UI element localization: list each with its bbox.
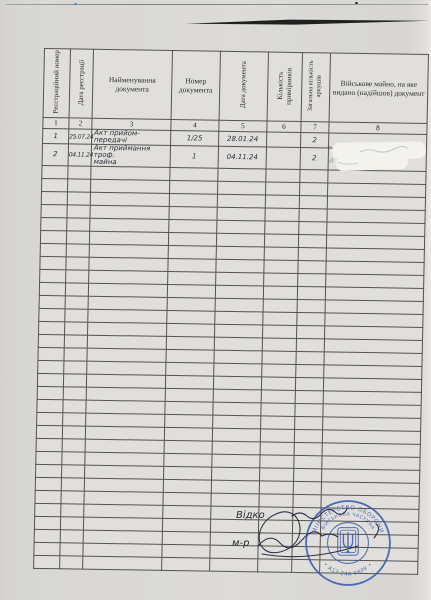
empty-cell [64,335,87,348]
empty-cell [299,196,327,209]
empty-cell [259,481,293,495]
empty-cell [85,439,164,453]
empty-cell [296,364,324,377]
empty-cell [266,169,300,183]
empty-cell [42,165,68,178]
empty-cell [262,351,296,365]
empty-cell [260,455,294,469]
empty-cell [64,361,87,374]
empty-cell [86,387,165,401]
empty-cell [63,387,86,400]
empty-cell [295,377,323,390]
empty-cell [265,195,299,209]
empty-cell [89,231,168,245]
empty-cell [218,168,266,182]
empty-cell [89,244,168,258]
column-header-doc-number: Номер документа [171,51,220,121]
empty-cell [83,543,162,557]
empty-cell [35,477,61,490]
empty-cell [62,426,85,439]
empty-cell [67,192,90,205]
empty-cell [260,429,294,443]
empty-cell [265,221,299,235]
empty-cell [65,283,88,296]
empty-cell [62,465,85,478]
empty-cell [37,412,63,425]
register-cell: Акт приймання троф. майна [91,144,170,167]
empty-cell [265,208,299,222]
empty-cell [34,542,60,555]
empty-cell [38,360,64,373]
empty-cell [63,374,86,387]
empty-cell [34,529,60,542]
handwritten-word: м-р [232,538,250,549]
empty-cell [86,413,165,427]
empty-cell [83,556,162,570]
empty-cell [87,348,166,362]
empty-cell [163,479,211,493]
empty-cell [65,309,88,322]
empty-cell [168,245,216,259]
empty-cell [165,388,213,402]
empty-cell [67,218,90,231]
empty-cell [87,335,166,349]
empty-cell [40,243,66,256]
empty-cell [162,544,210,558]
empty-cell [298,235,326,248]
signature-handwriting: Відко м-р [228,500,403,578]
empty-cell [294,468,322,481]
header-row: Реєстраційний номер Дата реєстрації Найм… [43,49,428,124]
empty-cell [212,428,260,442]
empty-cell [165,401,213,415]
empty-cell [264,260,298,274]
empty-cell [90,179,169,193]
register-cell [266,132,300,148]
empty-cell [211,480,259,494]
empty-cell [89,257,168,271]
register-cell: 2 [300,148,328,170]
register-cell [266,147,300,170]
empty-cell [162,518,210,532]
column-number: 6 [267,121,301,133]
empty-cell [217,181,265,195]
column-header-sheets: Загальна кількість аркушів [301,53,330,122]
column-number: 5 [219,120,267,132]
empty-cell [162,531,210,545]
empty-cell [37,373,63,386]
empty-cell [40,256,66,269]
empty-cell [60,530,83,543]
empty-cell [164,453,212,467]
empty-cell [84,491,163,505]
empty-cell [261,377,295,391]
empty-cell [299,183,327,196]
empty-cell [212,441,260,455]
empty-cell [91,166,170,180]
empty-cell [63,400,86,413]
empty-cell [299,209,327,222]
empty-cell [36,464,62,477]
signature-strokes [258,509,379,557]
register-cell: 25.07.24 [68,129,91,144]
empty-cell [61,491,84,504]
column-number: 7 [301,122,329,133]
empty-cell [41,204,67,217]
empty-cell [214,337,262,351]
empty-cell [38,321,64,334]
empty-cell [169,206,217,220]
empty-cell [87,322,166,336]
empty-cell [213,376,261,390]
empty-cell [66,257,89,270]
empty-cell [86,400,165,414]
empty-cell [295,403,323,416]
register-cell: 1/25 [170,130,218,146]
empty-cell [217,194,265,208]
empty-cell [168,258,216,272]
empty-cell [60,517,83,530]
empty-cell [40,269,66,282]
empty-cell [167,297,215,311]
empty-cell [300,170,328,183]
empty-cell [169,219,217,233]
empty-cell [215,298,263,312]
empty-cell [38,334,64,347]
empty-cell [169,193,217,207]
empty-cell [60,556,83,569]
empty-cell [296,338,324,351]
empty-cell [68,166,91,179]
empty-cell [60,543,83,556]
empty-cell [214,363,262,377]
empty-cell [39,295,65,308]
empty-cell [62,439,85,452]
empty-cell [297,312,325,325]
register-cell: 04.11.24 [68,144,91,166]
ink-streak [0,0,431,30]
empty-cell [293,481,321,494]
empty-cell [36,438,62,451]
empty-cell [85,452,164,466]
column-number: 2 [69,118,92,129]
empty-cell [264,273,298,287]
empty-cell [214,350,262,364]
empty-cell [34,516,60,529]
empty-cell [39,308,65,321]
empty-cell [86,374,165,388]
empty-cell [84,478,163,492]
empty-cell [298,247,326,260]
empty-cell [217,207,265,221]
column-header-reg-date: Дата реєстрації [69,49,93,118]
faint-ink-squiggle [330,138,430,173]
column-header-reg-number: Реєстраційний номер [43,49,70,118]
empty-cell [215,311,263,325]
empty-cell [90,218,169,232]
empty-cell [261,416,295,430]
empty-cell [298,260,326,273]
empty-cell [165,375,213,389]
empty-cell [213,415,261,429]
empty-cell [217,220,265,234]
empty-cell [264,234,298,248]
empty-cell [41,217,67,230]
empty-cell [263,286,297,300]
empty-cell [297,299,325,312]
empty-cell [168,232,216,246]
empty-cell [163,505,211,519]
empty-cell [169,180,217,194]
empty-cell [37,386,63,399]
empty-cell [41,178,67,191]
empty-cell [212,467,260,481]
empty-cell [261,390,295,404]
empty-cell [167,284,215,298]
register-table: Реєстраційний номер Дата реєстрації Найм… [33,48,429,575]
empty-cell [83,530,162,544]
empty-cell [61,504,84,517]
empty-cell [213,402,261,416]
empty-cell [296,325,324,338]
empty-cell [67,205,90,218]
empty-cell [164,440,212,454]
empty-cell [36,451,62,464]
empty-cell [262,364,296,378]
empty-cell [216,272,264,286]
empty-cell [164,466,212,480]
empty-cell [38,347,64,360]
empty-cell [62,452,85,465]
empty-cell [34,555,60,568]
empty-cell [61,478,84,491]
empty-cell [164,427,212,441]
empty-cell [167,310,215,324]
empty-cell [66,244,89,257]
empty-cell [215,285,263,299]
column-number: 1 [43,117,69,128]
empty-cell [298,273,326,286]
empty-cell [35,503,61,516]
empty-cell [295,416,323,429]
empty-cell [66,270,89,283]
empty-cell [294,455,322,468]
empty-cell [83,517,162,531]
empty-cell [264,247,298,261]
empty-cell [64,348,87,361]
empty-cell [294,429,322,442]
empty-cell [165,414,213,428]
empty-cell [263,299,297,313]
empty-cell [260,442,294,456]
empty-cell [263,312,297,326]
empty-cell [212,454,260,468]
empty-cell [260,468,294,482]
empty-cell [261,403,295,417]
empty-cell [262,338,296,352]
empty-cell [36,425,62,438]
empty-cell [214,324,262,338]
empty-cell [265,182,299,196]
empty-cell [295,390,323,403]
empty-cell [294,442,322,455]
empty-cell [299,222,327,235]
empty-cell [213,389,261,403]
column-number: 4 [171,119,219,131]
register-cell: 28.01.24 [218,131,266,147]
empty-cell [40,230,66,243]
column-header-copies: Кількість примірників [267,52,302,122]
empty-cell [88,283,167,297]
register-cell: 04.11.24 [218,146,266,169]
register-cell: 2 [42,143,68,165]
empty-cell [88,296,167,310]
empty-cell [88,309,167,323]
register-cell: 1 [170,145,218,168]
empty-cell [67,179,90,192]
empty-cell [163,492,211,506]
empty-cell [87,361,166,375]
scanned-register-page: Реєстраційний номер Дата реєстрації Найм… [0,0,431,600]
empty-cell [166,323,214,337]
column-header-doc-name: Найменування документа [92,49,172,119]
empty-cell [39,282,65,295]
register-cell: 1 [42,128,68,143]
empty-cell [90,192,169,206]
empty-cell [90,205,169,219]
empty-cell [35,490,61,503]
handwritten-word: Відко [236,509,265,521]
empty-cell [216,259,264,273]
document-register-table: Реєстраційний номер Дата реєстрації Найм… [33,48,428,575]
column-header-doc-date: Дата документа [219,51,268,121]
empty-cell [162,557,210,571]
empty-cell [66,231,89,244]
empty-cell [65,296,88,309]
empty-cell [63,413,86,426]
register-cell: 2 [300,133,328,148]
empty-cell [216,246,264,260]
empty-cell [64,322,87,335]
empty-cell [216,233,264,247]
column-header-property: Військове майно, на яке видано (надійшов… [329,53,428,124]
empty-cell [297,286,325,299]
empty-cell [168,271,216,285]
empty-cell [85,465,164,479]
empty-cell [85,426,164,440]
empty-cell [170,167,218,181]
empty-cell [37,399,63,412]
empty-cell [166,362,214,376]
empty-cell [166,336,214,350]
empty-cell [296,351,324,364]
empty-cell [84,504,163,518]
empty-cell [166,349,214,363]
empty-cell [262,325,296,339]
empty-cell [41,191,67,204]
empty-cell [89,270,168,284]
